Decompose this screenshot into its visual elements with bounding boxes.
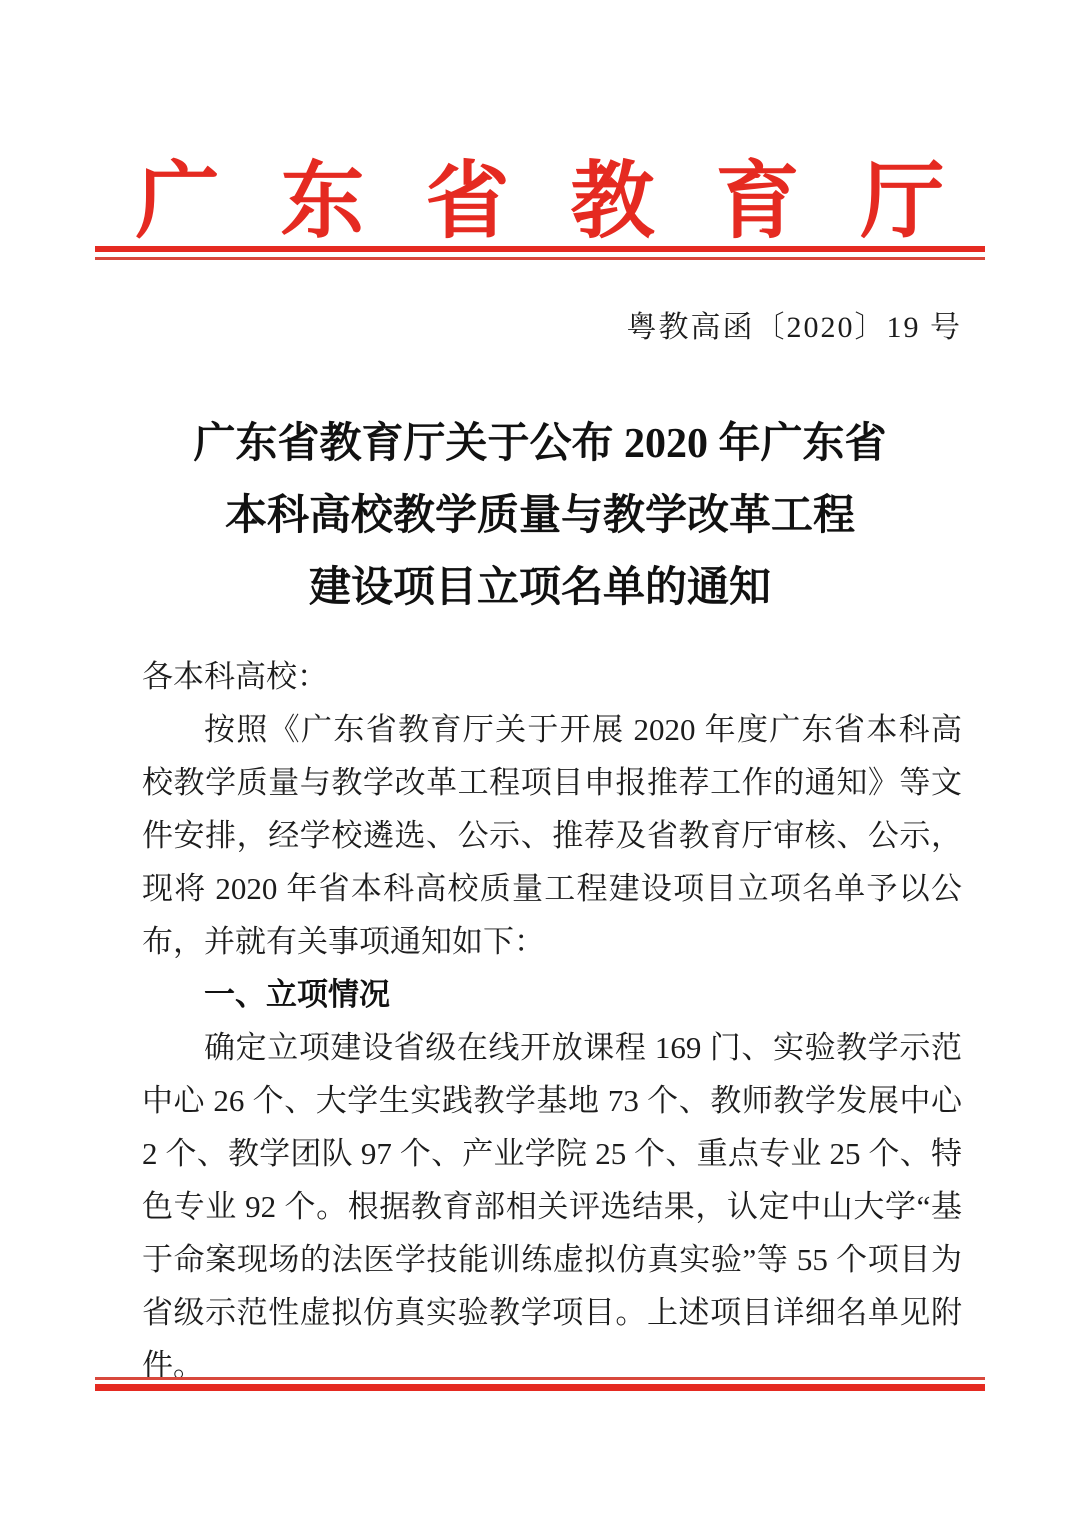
agency-name: 广东省教育厅 (135, 134, 1005, 255)
header-rule-thick (95, 246, 985, 252)
document-title-line-2: 本科高校教学质量与教学改革工程 (60, 480, 1020, 552)
footer-rule-thick (95, 1384, 985, 1391)
document-body: 各本科高校： 按照《广东省教育厅关于开展 2020 年度广东省本科高校教学质量与… (142, 650, 962, 1392)
salutation: 各本科高校： (142, 650, 962, 703)
official-document-page: 广东省教育厅 粤教高函〔2020〕19 号 广东省教育厅关于公布 2020 年广… (0, 0, 1080, 1528)
document-title-line-1: 广东省教育厅关于公布 2020 年广东省 (60, 408, 1020, 480)
document-title: 广东省教育厅关于公布 2020 年广东省 本科高校教学质量与教学改革工程 建设项… (60, 408, 1020, 624)
section-paragraph-project-approval: 确定立项建设省级在线开放课程 169 门、实验教学示范中心 26 个、大学生实践… (142, 1021, 962, 1392)
letterhead: 广东省教育厅 (0, 134, 1080, 255)
section-heading-project-approval: 一、立项情况 (142, 968, 962, 1021)
document-number: 粤教高函〔2020〕19 号 (627, 302, 963, 346)
header-rule-thin (95, 257, 985, 260)
intro-paragraph: 按照《广东省教育厅关于开展 2020 年度广东省本科高校教学质量与教学改革工程项… (142, 703, 962, 968)
footer-rule-thin (95, 1377, 985, 1380)
document-title-line-3: 建设项目立项名单的通知 (60, 552, 1020, 624)
